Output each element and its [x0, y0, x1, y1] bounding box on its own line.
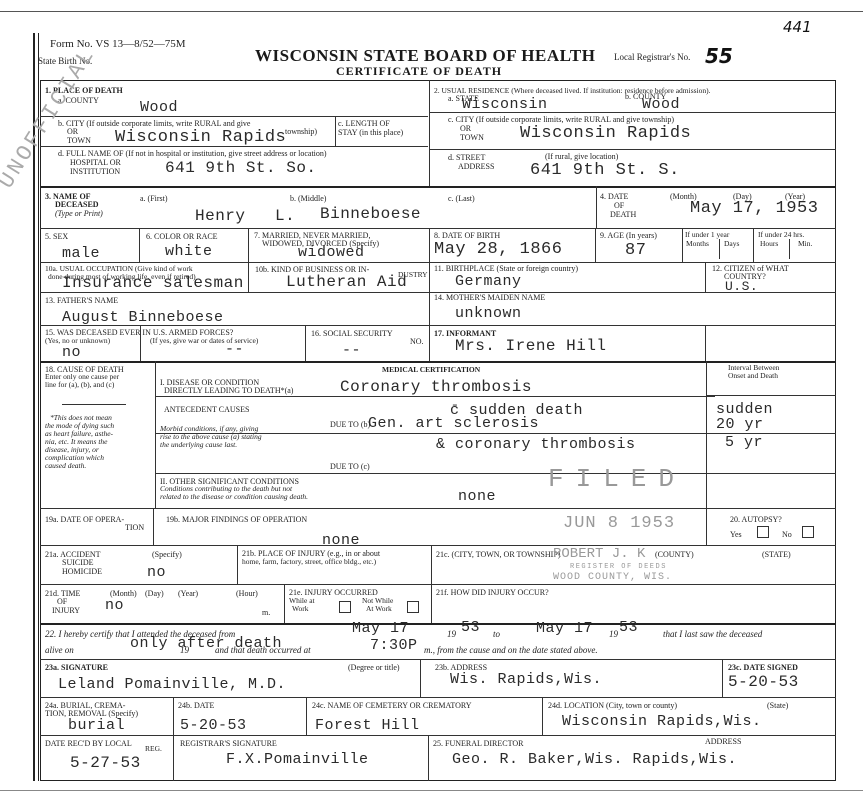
interval-c-value: 5 yr: [725, 435, 763, 451]
ssn-label-2: NO.: [410, 337, 424, 346]
date-of-death-label-3: DEATH: [610, 210, 636, 219]
residence-city-label: c. CITY (If outside corporate limits, wr…: [448, 115, 674, 124]
certify-text-3: and that death occurred at: [215, 646, 311, 655]
residence-city-town: TOWN: [460, 133, 484, 142]
antecedent-causes-label: ANTECEDENT CAUSES: [164, 405, 249, 414]
armed-forces-value: no: [62, 345, 81, 361]
operation-findings-label: 19b. MAJOR FINDINGS OF OPERATION: [166, 515, 307, 524]
divider: [40, 584, 836, 585]
date-signed-value: 5-20-53: [728, 674, 799, 690]
length-of-stay-label: c. LENGTH OF: [338, 119, 390, 128]
citizen-value: U.S.: [725, 279, 758, 295]
footnote-line-7: caused death.: [45, 462, 86, 470]
not-while-at-work-checkbox[interactable]: [407, 601, 419, 613]
under-24-hrs-label: If under 24 hrs.: [758, 231, 804, 239]
city-label: b. CITY (If outside corporate limits, wr…: [58, 119, 250, 128]
form-number: Form No. VS 13—8/52—75M: [50, 40, 185, 49]
due-to-b-label: DUE TO (b): [330, 420, 370, 429]
local-registrar-number: 55: [705, 44, 733, 68]
signature-label: 23a. SIGNATURE: [45, 663, 108, 672]
homicide-label: HOMICIDE: [62, 567, 102, 576]
residence-state-value: Wisconsin: [462, 97, 548, 113]
race-value: white: [165, 244, 213, 260]
deceased-name-label-2: DECEASED: [55, 200, 99, 209]
burial-location-label: 24d. LOCATION (City, town or county): [548, 701, 677, 710]
degree-label: (Degree or title): [348, 663, 400, 672]
burial-location-state-label: (State): [767, 701, 788, 710]
interval-label-2: Onset and Death: [728, 372, 778, 380]
specify-label: (Specify): [152, 550, 182, 559]
armed-forces-dates-value: --: [225, 342, 244, 358]
how-injury-occurred-label: 21f. HOW DID INJURY OCCUR?: [436, 588, 549, 597]
residence-street-value: 641 9th St. S.: [530, 163, 680, 179]
business-value: Lutheran Aid: [286, 274, 407, 290]
autopsy-no-checkbox[interactable]: [802, 526, 814, 538]
due-to-c-label: DUE TO (c): [330, 462, 370, 471]
divider: [155, 361, 156, 508]
injury-city-label: 21c. (CITY, TOWN, OR TOWNSHIP): [436, 550, 560, 559]
autopsy-no-label: No: [782, 530, 792, 539]
filed-stamp: FILED: [548, 464, 686, 494]
hospital-label: d. FULL NAME OF (If not in hospital or i…: [58, 149, 327, 158]
birthplace-label: 11. BIRTHPLACE (State or foreign country…: [434, 264, 578, 273]
injury-state-label: (STATE): [762, 550, 791, 559]
disease-label-2: DIRECTLY LEADING TO DEATH*(a): [164, 386, 293, 395]
divider: [722, 659, 723, 697]
residence-city-value: Wisconsin Rapids: [520, 126, 691, 142]
divider: [237, 545, 238, 584]
divider: [40, 186, 836, 188]
operation-date-label: 19a. DATE OF OPERA-: [45, 515, 124, 524]
divider: [595, 228, 596, 262]
middle-name-value: L.: [275, 208, 295, 224]
divider: [430, 149, 836, 150]
hours-label: Hours: [760, 240, 778, 248]
divider: [40, 659, 836, 660]
city-label-town: TOWN: [67, 136, 91, 145]
alive-year-prefix: 19: [180, 646, 189, 655]
divider: [40, 228, 836, 229]
dob-label: 8. DATE OF BIRTH: [434, 231, 500, 240]
divider: [62, 404, 126, 405]
time-of-injury-label-3: INJURY: [52, 606, 80, 615]
divider: [428, 735, 429, 781]
days-label: Days: [724, 240, 739, 248]
birthplace-value: Germany: [455, 274, 522, 290]
cemetery-value: Forest Hill: [315, 718, 420, 734]
time-year-label: (Year): [178, 589, 198, 598]
physician-signature-value: Leland Pomainville, M.D.: [58, 677, 286, 693]
informant-value: Mrs. Irene Hill: [455, 338, 607, 354]
date-of-death-label: 4. DATE: [600, 192, 628, 201]
certify-text-4: m., from the cause and on the date state…: [424, 646, 598, 655]
divider: [173, 697, 174, 781]
residence-county-value: Wood: [642, 97, 680, 113]
divider: [153, 508, 154, 545]
ssn-label: 16. SOCIAL SECURITY: [311, 329, 393, 338]
attended-to-year: 53: [619, 620, 638, 636]
divider: [429, 228, 430, 361]
divider: [707, 473, 836, 474]
divider: [306, 697, 307, 735]
other-conditions-value: none: [458, 489, 496, 505]
divider: [139, 228, 140, 262]
father-value: August Binneboese: [62, 310, 224, 326]
divider: [40, 116, 428, 117]
accident-value: no: [147, 565, 166, 581]
divider: [753, 228, 754, 262]
divider: [248, 228, 249, 292]
city-label-township: township): [285, 127, 317, 136]
occupation-value: Insurance salesman: [62, 275, 244, 291]
under-1-year-label: If under 1 year: [685, 231, 729, 239]
divider: [542, 697, 543, 735]
attended-from-date: May 17: [352, 621, 442, 637]
funeral-director-value: Geo. R. Baker,Wis. Rapids,Wis.: [452, 752, 737, 768]
divider: [429, 80, 430, 186]
divider: [705, 325, 706, 361]
interval-b-value: 20 yr: [716, 417, 764, 433]
autopsy-yes-checkbox[interactable]: [757, 526, 769, 538]
mother-label: 14. MOTHER'S MAIDEN NAME: [434, 293, 545, 302]
registrar-signature-value: F.X.Pomainville: [226, 752, 369, 768]
race-label: 6. COLOR OR RACE: [146, 232, 218, 241]
scan-top-edge: [0, 11, 863, 12]
dob-value: May 28, 1866: [434, 242, 562, 258]
other-conditions-label-3: related to the disease or condition caus…: [160, 493, 308, 501]
date-of-death-label-2: OF: [614, 201, 624, 210]
while-at-work-label-2: Work: [292, 605, 308, 613]
divider: [789, 239, 790, 259]
registrar-stamp-line-2: REGISTER OF DEEDS: [570, 563, 667, 571]
last-name-label: c. (Last): [448, 194, 475, 203]
deceased-name-label-3: (Type or Print): [55, 209, 103, 218]
local-registrar-label: Local Registrar's No.: [614, 53, 690, 62]
scan-bottom-edge: [0, 790, 863, 791]
divider: [596, 186, 597, 228]
divider: [682, 228, 683, 262]
death-address-value: 641 9th St. So.: [165, 160, 317, 176]
burial-value: burial: [68, 718, 125, 734]
min-label: Min.: [798, 240, 812, 248]
city-label-or: OR: [67, 127, 78, 136]
death-time-value: 7:30P: [370, 638, 418, 654]
divider: [40, 508, 836, 509]
death-county-value: Wood: [140, 100, 178, 116]
attended-to-date: May 17: [536, 621, 593, 637]
divider: [706, 361, 707, 545]
residence-city-or: OR: [460, 124, 471, 133]
divider: [431, 545, 432, 623]
divider: [40, 361, 836, 363]
mother-value: unknown: [455, 306, 522, 322]
hospital-label-2: HOSPITAL OR: [70, 158, 121, 167]
death-city-value: Wisconsin Rapids: [115, 130, 286, 146]
operation-findings-value: none: [322, 533, 360, 549]
burial-date-label: 24b. DATE: [178, 701, 214, 710]
injury-county-label: (COUNTY): [655, 550, 694, 559]
divider: [719, 239, 720, 259]
filed-date-stamp: JUN 8 1953: [563, 514, 675, 533]
cause-of-death-label-3: line for (a), (b), and (c): [45, 381, 114, 389]
autopsy-label: 20. AUTOPSY?: [730, 515, 782, 524]
street-label: d. STREET: [448, 153, 485, 162]
divider: [284, 584, 285, 623]
date-signed-label: 23c. DATE SIGNED: [728, 663, 798, 672]
burial-date-value: 5-20-53: [180, 718, 247, 734]
to-year-prefix: 19: [609, 630, 618, 639]
morbid-note-3: the underlying cause last.: [160, 441, 237, 449]
divider: [305, 325, 306, 361]
funeral-address-label: ADDRESS: [705, 737, 741, 746]
attended-from-year: 53: [461, 620, 480, 636]
time-day-label: (Day): [145, 589, 164, 598]
divider: [420, 659, 421, 697]
to-label: to: [493, 630, 500, 639]
age-label: 9. AGE (In years): [600, 231, 657, 240]
sex-value: male: [62, 246, 100, 262]
first-name-value: Henry: [195, 208, 246, 224]
not-while-at-work-label-2: At Work: [366, 605, 392, 613]
registrar-signature-label: REGISTRAR'S SIGNATURE: [180, 739, 277, 748]
street-label-2: ADDRESS: [458, 162, 494, 171]
autopsy-yes-label: Yes: [730, 530, 742, 539]
cemetery-label: 24c. NAME OF CEMETERY OR CREMATORY: [312, 701, 472, 710]
divider: [335, 116, 336, 146]
alive-on-label: alive on: [45, 646, 74, 655]
suicide-label: SUICIDE: [62, 558, 94, 567]
place-of-injury-label-2: home, farm, factory, street, office bldg…: [242, 558, 376, 566]
divider: [155, 396, 715, 397]
from-year-prefix: 19: [447, 630, 456, 639]
marital-value: widowed: [298, 245, 365, 261]
page-annotation: 441: [783, 18, 812, 36]
middle-name-label: b. (Middle): [290, 194, 326, 203]
ssn-value: --: [342, 343, 361, 359]
burial-location-value: Wisconsin Rapids,Wis.: [562, 714, 762, 730]
date-received-label-2: REG.: [145, 745, 162, 753]
street-hint: (If rural, give location): [545, 152, 618, 161]
father-label: 13. FATHER'S NAME: [45, 296, 118, 305]
cause-b-line-2: Gen. art sclerosis: [368, 416, 539, 432]
divider: [40, 697, 836, 698]
page-subtitle: CERTIFICATE OF DEATH: [336, 64, 502, 79]
divider: [705, 262, 706, 292]
divider: [40, 262, 836, 263]
divider: [707, 395, 836, 396]
sex-label: 5. SEX: [45, 232, 68, 241]
months-label: Months: [686, 240, 709, 248]
first-name-label: a. (First): [140, 194, 168, 203]
divider: [40, 735, 836, 736]
date-of-death-value: May 17, 1953: [690, 201, 818, 217]
time-of-injury-value: no: [105, 598, 124, 614]
registrar-stamp-line-3: WOOD COUNTY, WIS.: [553, 572, 672, 583]
while-at-work-checkbox[interactable]: [339, 601, 351, 613]
operation-date-label-2: TION: [125, 523, 144, 532]
date-received-value: 5-27-53: [70, 755, 141, 771]
last-name-value: Binneboese: [320, 206, 421, 222]
time-hour-label: (Hour): [236, 589, 258, 598]
page-title: WISCONSIN STATE BOARD OF HEALTH: [255, 46, 595, 66]
age-value: 87: [625, 243, 646, 259]
time-of-injury-label-2: OF: [57, 597, 67, 606]
cause-a-value: Coronary thrombosis: [340, 379, 532, 395]
date-received-label: DATE REC'D BY LOCAL: [45, 739, 132, 748]
time-m-label: m.: [262, 608, 270, 617]
length-of-stay-label-2: STAY (in this place): [338, 128, 403, 137]
cause-b-line-3: & coronary thrombosis: [436, 437, 636, 453]
medical-certification-title: MEDICAL CERTIFICATION: [382, 365, 480, 374]
divider: [40, 545, 836, 546]
physician-address-value: Wis. Rapids,Wis.: [450, 672, 602, 688]
certify-text-2: that I last saw the deceased: [663, 630, 762, 639]
funeral-director-label: 25. FUNERAL DIRECTOR: [433, 739, 523, 748]
hospital-label-3: INSTITUTION: [70, 167, 120, 176]
registrar-stamp-line-1: ROBERT J. K: [553, 546, 645, 562]
